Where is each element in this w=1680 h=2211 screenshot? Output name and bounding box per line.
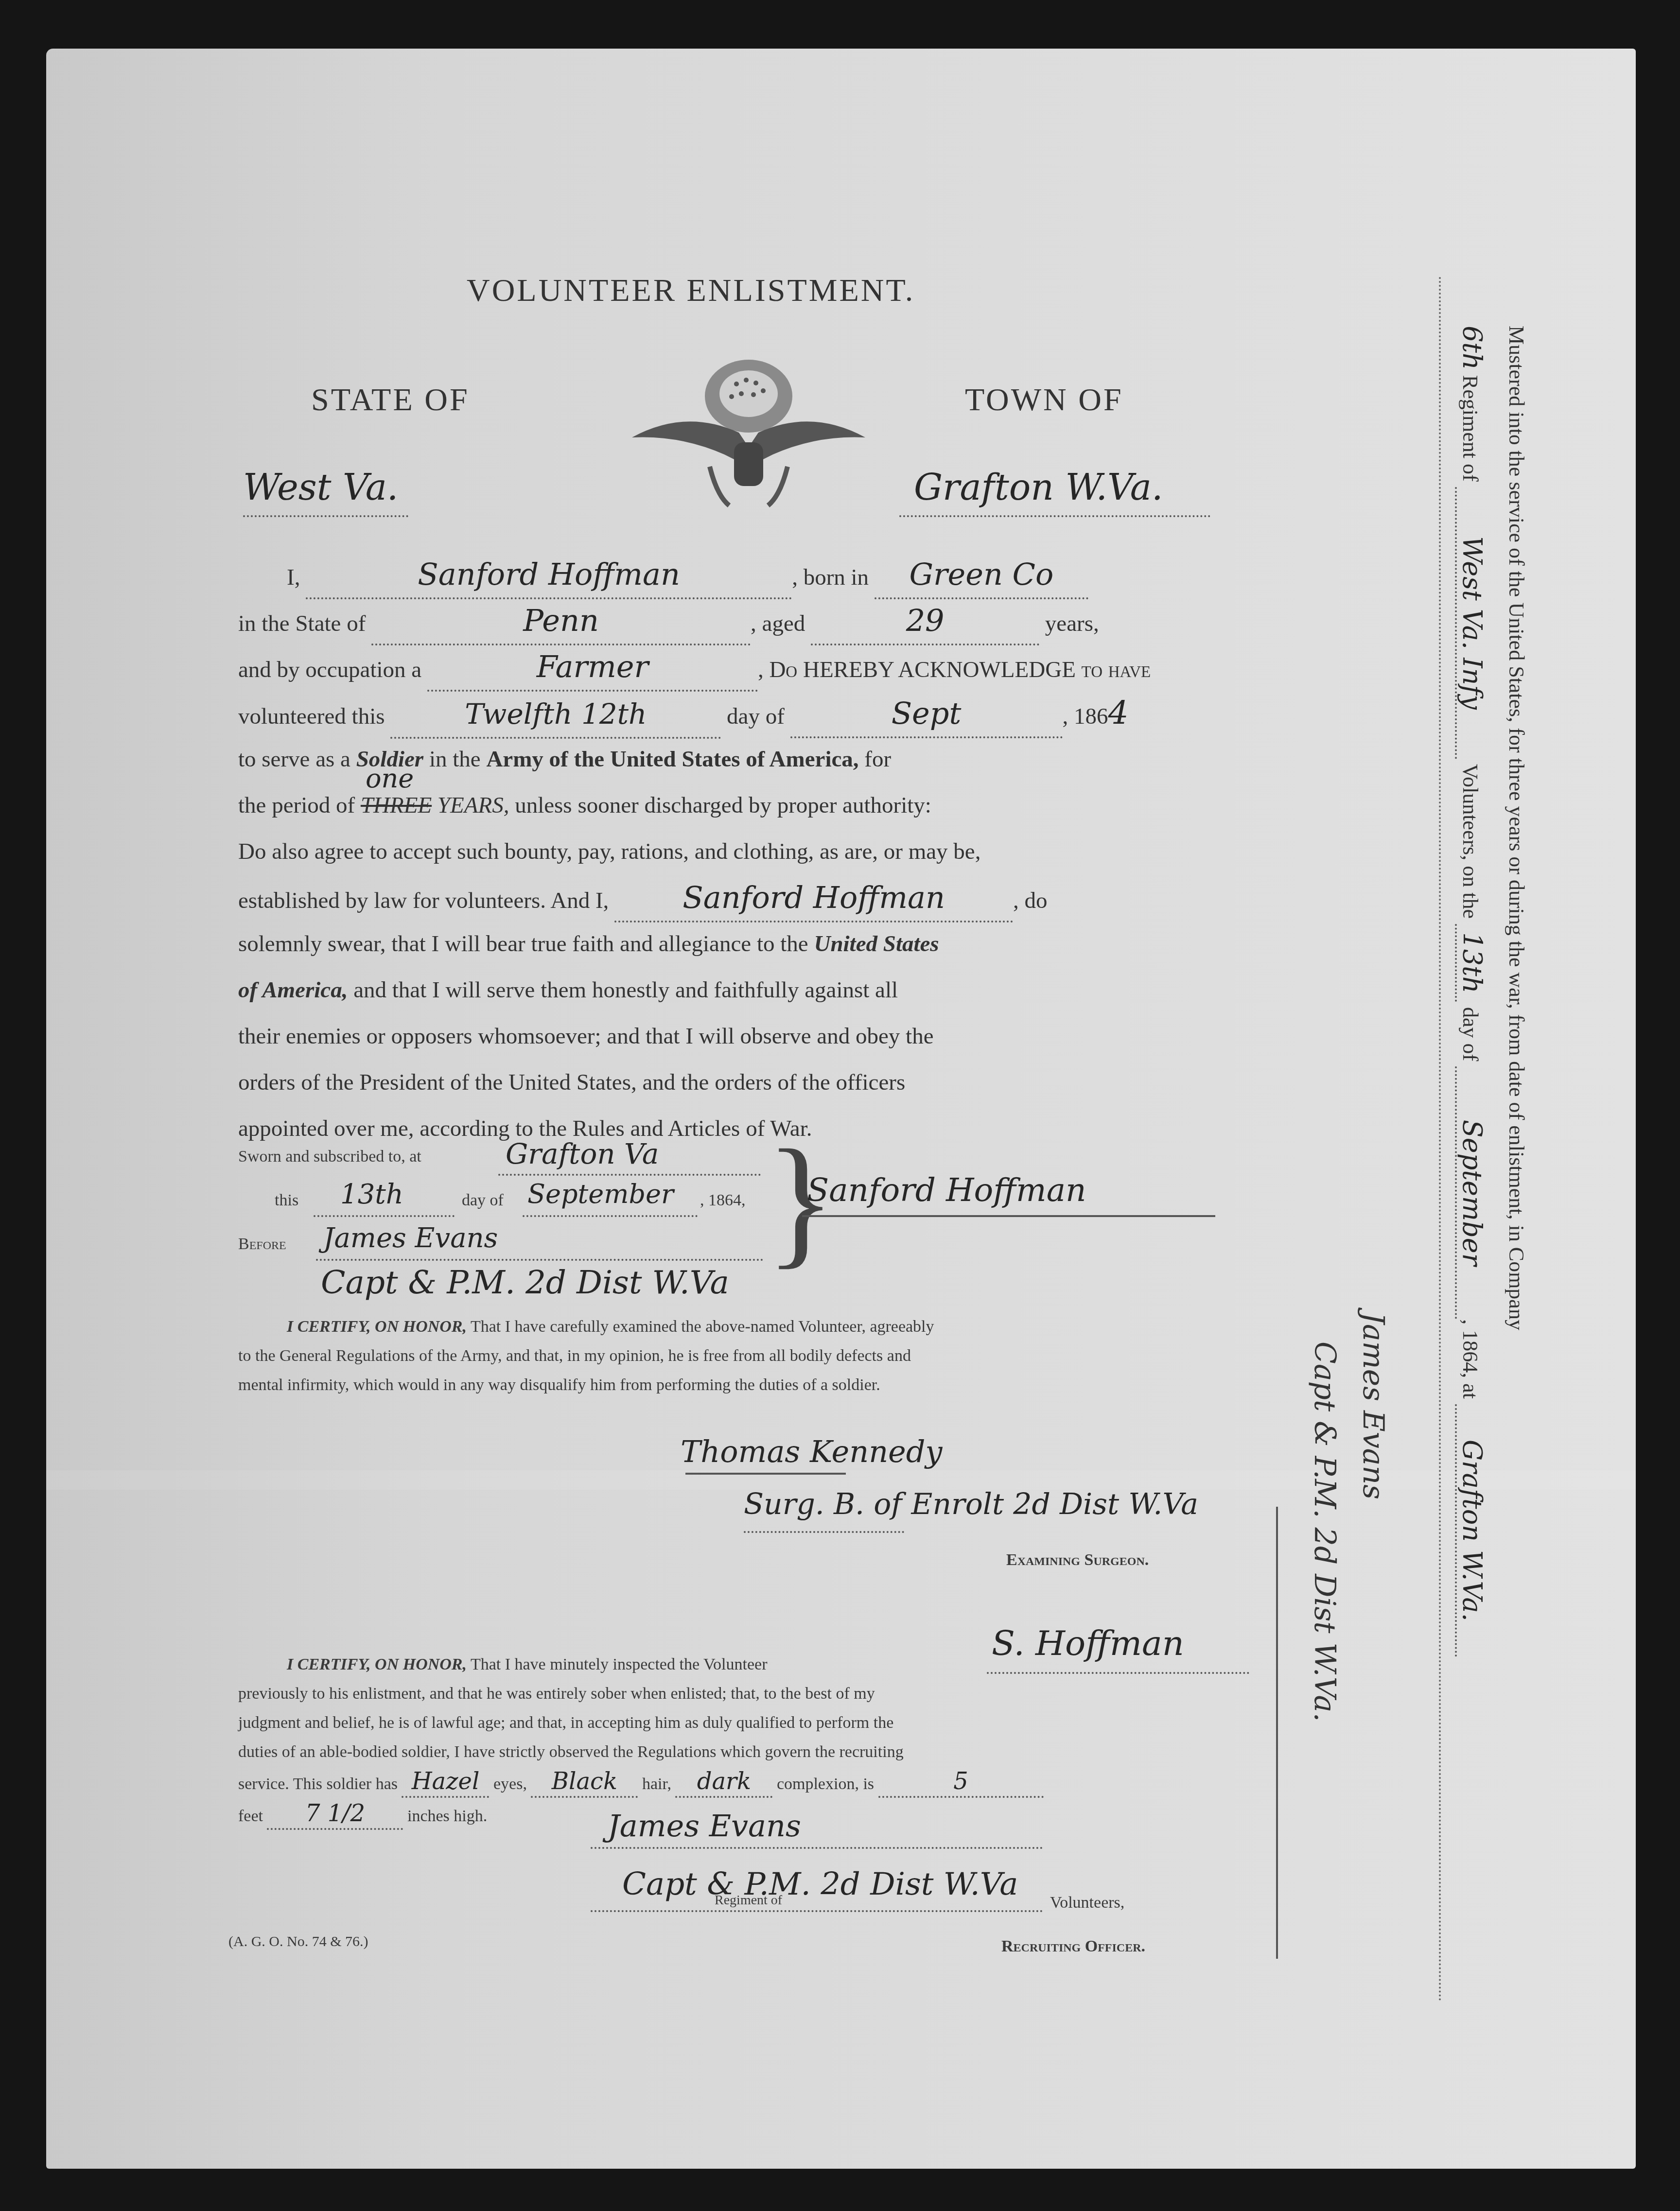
- surgeon-title: Surg. B. of Enrolt 2d Dist W.Va: [744, 1487, 1198, 1521]
- state-line: [243, 515, 408, 517]
- volunteer-signature: Sanford Hoffman: [807, 1171, 1086, 1209]
- recruiter-signature-line: [591, 1847, 1043, 1849]
- muster-column-rule: [1439, 277, 1443, 2002]
- birthplace-field: Green Co: [875, 552, 1088, 599]
- eagle-seal-icon: [612, 350, 885, 510]
- state-value: West Va.: [243, 467, 398, 508]
- eyes-field: Hazel: [402, 1767, 489, 1798]
- muster-day-field: 13th: [1455, 924, 1487, 1002]
- inspected-volunteer: S. Hoffman: [992, 1623, 1184, 1663]
- enlist-line-4: volunteered this Twelfth 12th day of Sep…: [238, 690, 1220, 739]
- complexion-field: dark: [675, 1767, 772, 1798]
- age-field: 29: [811, 598, 1039, 645]
- height-feet-field: 5: [878, 1767, 1044, 1798]
- sworn-place: Grafton Va: [506, 1137, 659, 1170]
- examining-surgeon-label: Examining Surgeon.: [1006, 1546, 1149, 1575]
- volunteer-signature-line: [802, 1215, 1215, 1217]
- town-value: Grafton W.Va.: [914, 467, 1163, 508]
- enlist-day-field: Twelfth 12th: [390, 691, 721, 739]
- regiment-name-field: West Va. Infy: [1455, 487, 1487, 759]
- before-line: [316, 1259, 763, 1261]
- enlist-month-field: Sept: [790, 691, 1063, 738]
- surgeon-certificate-text: I CERTIFY, ON HONOR, That I have careful…: [238, 1312, 1220, 1400]
- enlist-line-8: established by law for volunteers. And I…: [238, 875, 1220, 923]
- surgeon-title-line: [744, 1531, 904, 1533]
- recruiter-title: Capt & P.M. 2d Dist W.Va: [622, 1866, 1018, 1902]
- regiment-number: 6th: [1457, 326, 1487, 370]
- surgeon-signature-line: [685, 1473, 846, 1475]
- recruiter-signature: James Evans: [608, 1808, 801, 1844]
- day-of-label: day of: [462, 1186, 504, 1215]
- oath-year: , 1864,: [700, 1186, 746, 1215]
- muster-line-1: Mustered into the service of the United …: [1504, 326, 1529, 1330]
- oath-month: September: [527, 1179, 674, 1209]
- recruiting-officer-label: Recruiting Officer.: [1001, 1932, 1145, 1961]
- birth-state-field: Penn: [371, 598, 751, 645]
- muster-officer-title: Capt & P.M. 2d Dist W.Va.: [1308, 1341, 1342, 1722]
- muster-month-field: September: [1455, 1066, 1487, 1319]
- inspected-volunteer-line: [987, 1672, 1249, 1674]
- muster-officer-signature: James Evans: [1356, 1312, 1390, 1499]
- enlist-line-9: solemnly swear, that I will bear true fa…: [238, 921, 1220, 967]
- muster-signature-rule: [1276, 1507, 1280, 1959]
- oath-month-line: [523, 1215, 698, 1217]
- before-name: James Evans: [323, 1222, 498, 1254]
- enlist-line-1: I, Sanford Hoffman, born in Green Co: [238, 552, 1269, 600]
- oath-day: 13th: [340, 1179, 403, 1210]
- enlist-line-6: the period of THREE one YEARS, unless so…: [238, 783, 1220, 828]
- sworn-place-line: [498, 1174, 761, 1176]
- occupation-field: Farmer: [427, 644, 758, 692]
- form-title: VOLUNTEER ENLISTMENT.: [467, 272, 915, 309]
- muster-line-2: 6th Regiment of West Va. Infy Volunteers…: [1455, 326, 1487, 1657]
- sworn-label: Sworn and subscribed to, at: [238, 1142, 421, 1171]
- enlist-line-7: Do also agree to accept such bounty, pay…: [238, 829, 1220, 874]
- enlist-year-digit: 4: [1108, 694, 1129, 731]
- enlist-line-11: their enemies or opposers whomsoever; an…: [238, 1013, 1220, 1059]
- oath-name-field: Sanford Hoffman: [614, 875, 1013, 923]
- town-line: [899, 515, 1210, 517]
- enlist-line-10: of America, and that I will serve them h…: [238, 967, 1220, 1013]
- state-label: STATE OF: [311, 382, 470, 418]
- muster-place-field: Grafton W.Va.: [1455, 1404, 1487, 1657]
- recruiter-certificate-lead: I CERTIFY, ON HONOR, That I have minutel…: [287, 1650, 767, 1679]
- recruiter-regiment-line: [591, 1910, 1043, 1912]
- volunteers-label: Volunteers,: [1050, 1888, 1124, 1917]
- enlist-line-12: orders of the President of the United St…: [238, 1060, 1220, 1105]
- volunteer-name-field: Sanford Hoffman: [306, 552, 792, 599]
- before-title: Capt & P.M. 2d Dist W.Va: [321, 1264, 729, 1301]
- town-label: TOWN OF: [965, 382, 1123, 418]
- form-number: (A. G. O. No. 74 & 76.): [228, 1927, 368, 1956]
- inserted-term: one: [366, 756, 414, 801]
- enlist-line-3: and by occupation a Farmer, Do HEREBY AC…: [238, 644, 1220, 693]
- oath-day-line: [314, 1215, 455, 1217]
- before-label: Before: [238, 1230, 286, 1259]
- enlist-line-2: in the State of Penn, aged 29 years,: [238, 598, 1220, 646]
- surgeon-signature: Thomas Kennedy: [681, 1434, 943, 1469]
- this-label: this: [275, 1186, 298, 1215]
- hair-field: Black: [531, 1767, 638, 1798]
- height-inches-field: 7 1/2: [267, 1799, 403, 1830]
